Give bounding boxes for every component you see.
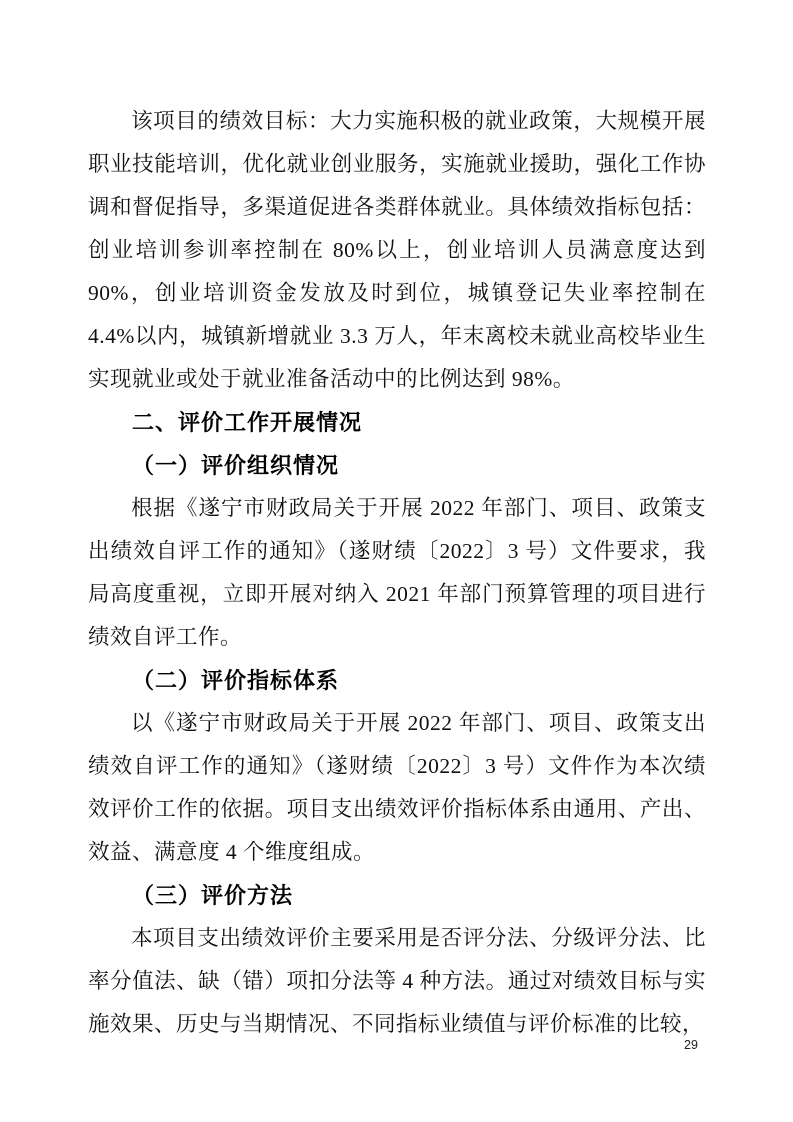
subsection-heading-evaluation-method: （三）评价方法 [88,874,706,917]
subsection-heading-evaluation-organization: （一）评价组织情况 [88,444,706,487]
paragraph-evaluation-organization: 根据《遂宁市财政局关于开展 2022 年部门、项目、政策支出绩效自评工作的通知》… [88,487,706,659]
paragraph-indicator-system: 以《遂宁市财政局关于开展 2022 年部门、项目、政策支出绩效自评工作的通知》（… [88,702,706,874]
paragraph-performance-goals: 该项目的绩效目标：大力实施积极的就业政策，大规模开展职业技能培训，优化就业创业服… [88,100,706,401]
document-page: 该项目的绩效目标：大力实施积极的就业政策，大规模开展职业技能培训，优化就业创业服… [0,0,793,1122]
subsection-heading-indicator-system: （二）评价指标体系 [88,659,706,702]
paragraph-evaluation-method: 本项目支出绩效评价主要采用是否评分法、分级评分法、比率分值法、缺（错）项扣分法等… [88,917,706,1046]
section-heading-evaluation-work: 二、评价工作开展情况 [88,401,706,444]
page-number: 29 [684,1038,698,1052]
document-content: 该项目的绩效目标：大力实施积极的就业政策，大规模开展职业技能培训，优化就业创业服… [88,100,706,1046]
